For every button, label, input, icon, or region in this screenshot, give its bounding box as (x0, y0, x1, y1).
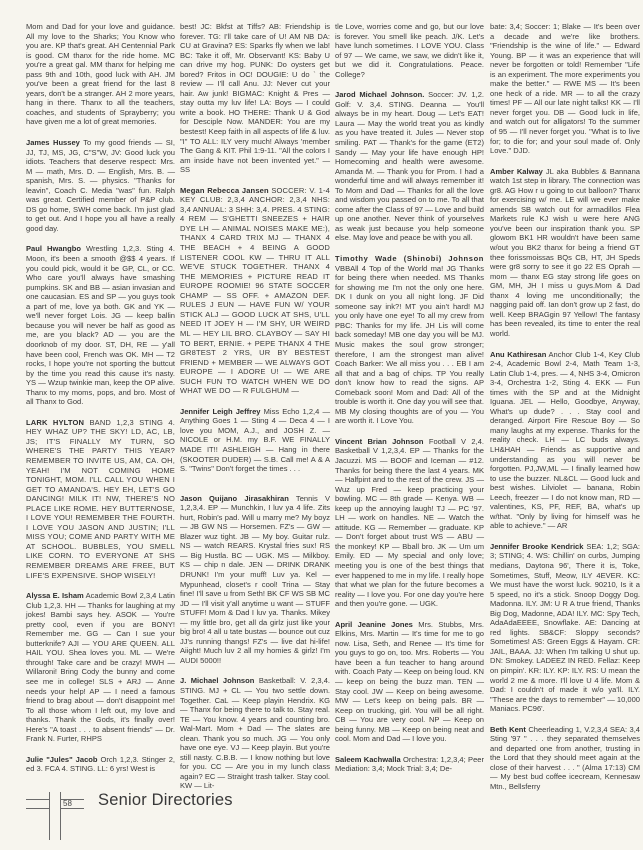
column-4: bate: 3,4; Soccer: 1; Blake — It's been … (490, 22, 640, 803)
entry-text: To my good friends — SI, JJ, TJ, MS, JG,… (26, 138, 175, 233)
entry-text: Anchor Club 1-4, Key Club 2-4, Academic … (490, 350, 640, 531)
directory-entry: Jennifer Brooke Kendrick SEA: 1,2; SGA: … (490, 542, 640, 714)
student-name: Jennifer Brooke Kendrick (490, 542, 583, 551)
entry-text: BAND 1,2,3 STING 4. HEY WHAZ UP? THE SKY… (26, 418, 175, 580)
entry-text: Mrs. Stubbs, Mrs. Elkins, Mrs. Martin — … (335, 620, 484, 744)
entry-text: Soccer: JV. 1,2. Golf: V. 3,4. STING. De… (335, 90, 484, 242)
student-name: Beth Kent (490, 725, 526, 734)
entry-text: Football V 2,4. Basketball V 1,2,3,4. EP… (335, 437, 484, 608)
entry-text: Wrestling 1,2,3. Sting 4. Moon, it's bee… (26, 244, 175, 406)
entry-text: Basketball: V. 2,3,4. STING. MJ + CL — Y… (180, 676, 330, 790)
entry-text: Academic Bowl 2,3,4 Latin Club 1,2,3. HH… (26, 591, 175, 743)
student-name: Timothy Wade (Shinobi) Johnson (335, 254, 484, 263)
student-name: Jarod Michael Johnson. (335, 90, 424, 99)
student-name: Alyssa E. Isham (26, 591, 84, 600)
student-name: Vincent Brian Johnson (335, 437, 424, 446)
directory-entry: Jarod Michael Johnson. Soccer: JV. 1,2. … (335, 90, 484, 243)
directory-entry: James Hussey To my good friends — SI, JJ… (26, 138, 175, 233)
student-name: Saleem Kachwalla (335, 755, 401, 764)
directory-entry: Anu Kathiresan Anchor Club 1-4, Key Club… (490, 350, 640, 531)
student-name: Jason Quijano Jirasakhiran (180, 494, 289, 503)
section-title: Senior Directories (98, 791, 233, 810)
directory-entry: April Jeanine Jones Mrs. Stubbs, Mrs. El… (335, 620, 484, 744)
student-name: Amber Kalway (490, 167, 543, 176)
directory-entry-continuation: bate: 3,4; Soccer: 1; Blake — It's been … (490, 22, 640, 156)
directory-entry: Timothy Wade (Shinobi) Johnson VBBAll 4 … (335, 254, 484, 426)
directory-entry: Jason Quijano Jirasakhiran Tennis V 1,2,… (180, 494, 330, 666)
page-number: 58 (63, 799, 72, 808)
directory-entry: LARK HYLTON BAND 1,2,3 STING 4. HEY WHAZ… (26, 418, 175, 580)
student-name: James Hussey (26, 138, 80, 147)
directory-entry: Vincent Brian Johnson Football V 2,4. Ba… (335, 437, 484, 609)
student-name: April Jeanine Jones (335, 620, 413, 629)
directory-entry: Julie "Jules" Jacob Orch 1,2,3. Stinger … (26, 755, 175, 774)
directory-entry-continuation: best! JC: Bkfst at Tiffs? AB: Friendship… (180, 22, 330, 175)
directory-entry: Paul Hwangbo Wrestling 1,2,3. Sting 4. M… (26, 244, 175, 406)
column-2: best! JC: Bkfst at Tiffs? AB: Friendship… (180, 22, 330, 802)
yearbook-page: Mom and Dad for your love and guidance. … (0, 0, 643, 850)
student-name: Julie "Jules" Jacob (26, 755, 98, 764)
entry-text: SOCCER: V. 1-4 KEY CLUB: 2,3,4 ANCHOR: 2… (180, 186, 330, 395)
footer-rule-horizontal-bottom (26, 808, 50, 809)
directory-entry-continuation: tle Love, worries come and go, but our l… (335, 22, 484, 79)
footer-rule-vertical-left (49, 792, 50, 840)
entry-text: JL aka Bubbles & Bannana watch 1st step … (490, 167, 640, 338)
student-name: Megan Rebecca Jansen (180, 186, 269, 195)
page-footer: 58 Senior Directories (0, 780, 643, 850)
entry-text: Miss Echo 1,2,4 — Anything Goes 1 — Stin… (180, 407, 330, 473)
directory-entry-continuation: Mom and Dad for your love and guidance. … (26, 22, 175, 127)
column-3: tle Love, worries come and go, but our l… (335, 22, 484, 785)
student-name: Anu Kathiresan (490, 350, 546, 359)
directory-entry: Amber Kalway JL aka Bubbles & Bannana wa… (490, 167, 640, 339)
entry-text: VBBAll 4 Top of the World ma! JG Thanks … (335, 264, 484, 426)
student-name: Jennifer Leigh Jeffrey (180, 407, 260, 416)
entry-text: Tennis V 1,2,3,4. EP — Munchkin, I luv y… (180, 494, 330, 665)
student-name: J. Michael Johnson (180, 676, 254, 685)
directory-entry: Jennifer Leigh Jeffrey Miss Echo 1,2,4 —… (180, 407, 330, 474)
footer-rule-horizontal-top (26, 799, 50, 800)
directory-entry: Alyssa E. Isham Academic Bowl 2,3,4 Lati… (26, 591, 175, 744)
directory-entry: Megan Rebecca Jansen SOCCER: V. 1-4 KEY … (180, 186, 330, 396)
student-name: LARK HYLTON (26, 418, 84, 427)
directory-entry: Saleem Kachwalla Orchestra: 1,2,3,4; Pee… (335, 755, 484, 774)
footer-rule-page-number-bottom (60, 808, 84, 809)
column-1: Mom and Dad for your love and guidance. … (26, 22, 175, 785)
entry-text: SEA: 1,2; SGA: 3; STING; 4. WS: Chillin'… (490, 542, 640, 713)
directory-entry: J. Michael Johnson Basketball: V. 2,3,4.… (180, 676, 330, 791)
student-name: Paul Hwangbo (26, 244, 81, 253)
